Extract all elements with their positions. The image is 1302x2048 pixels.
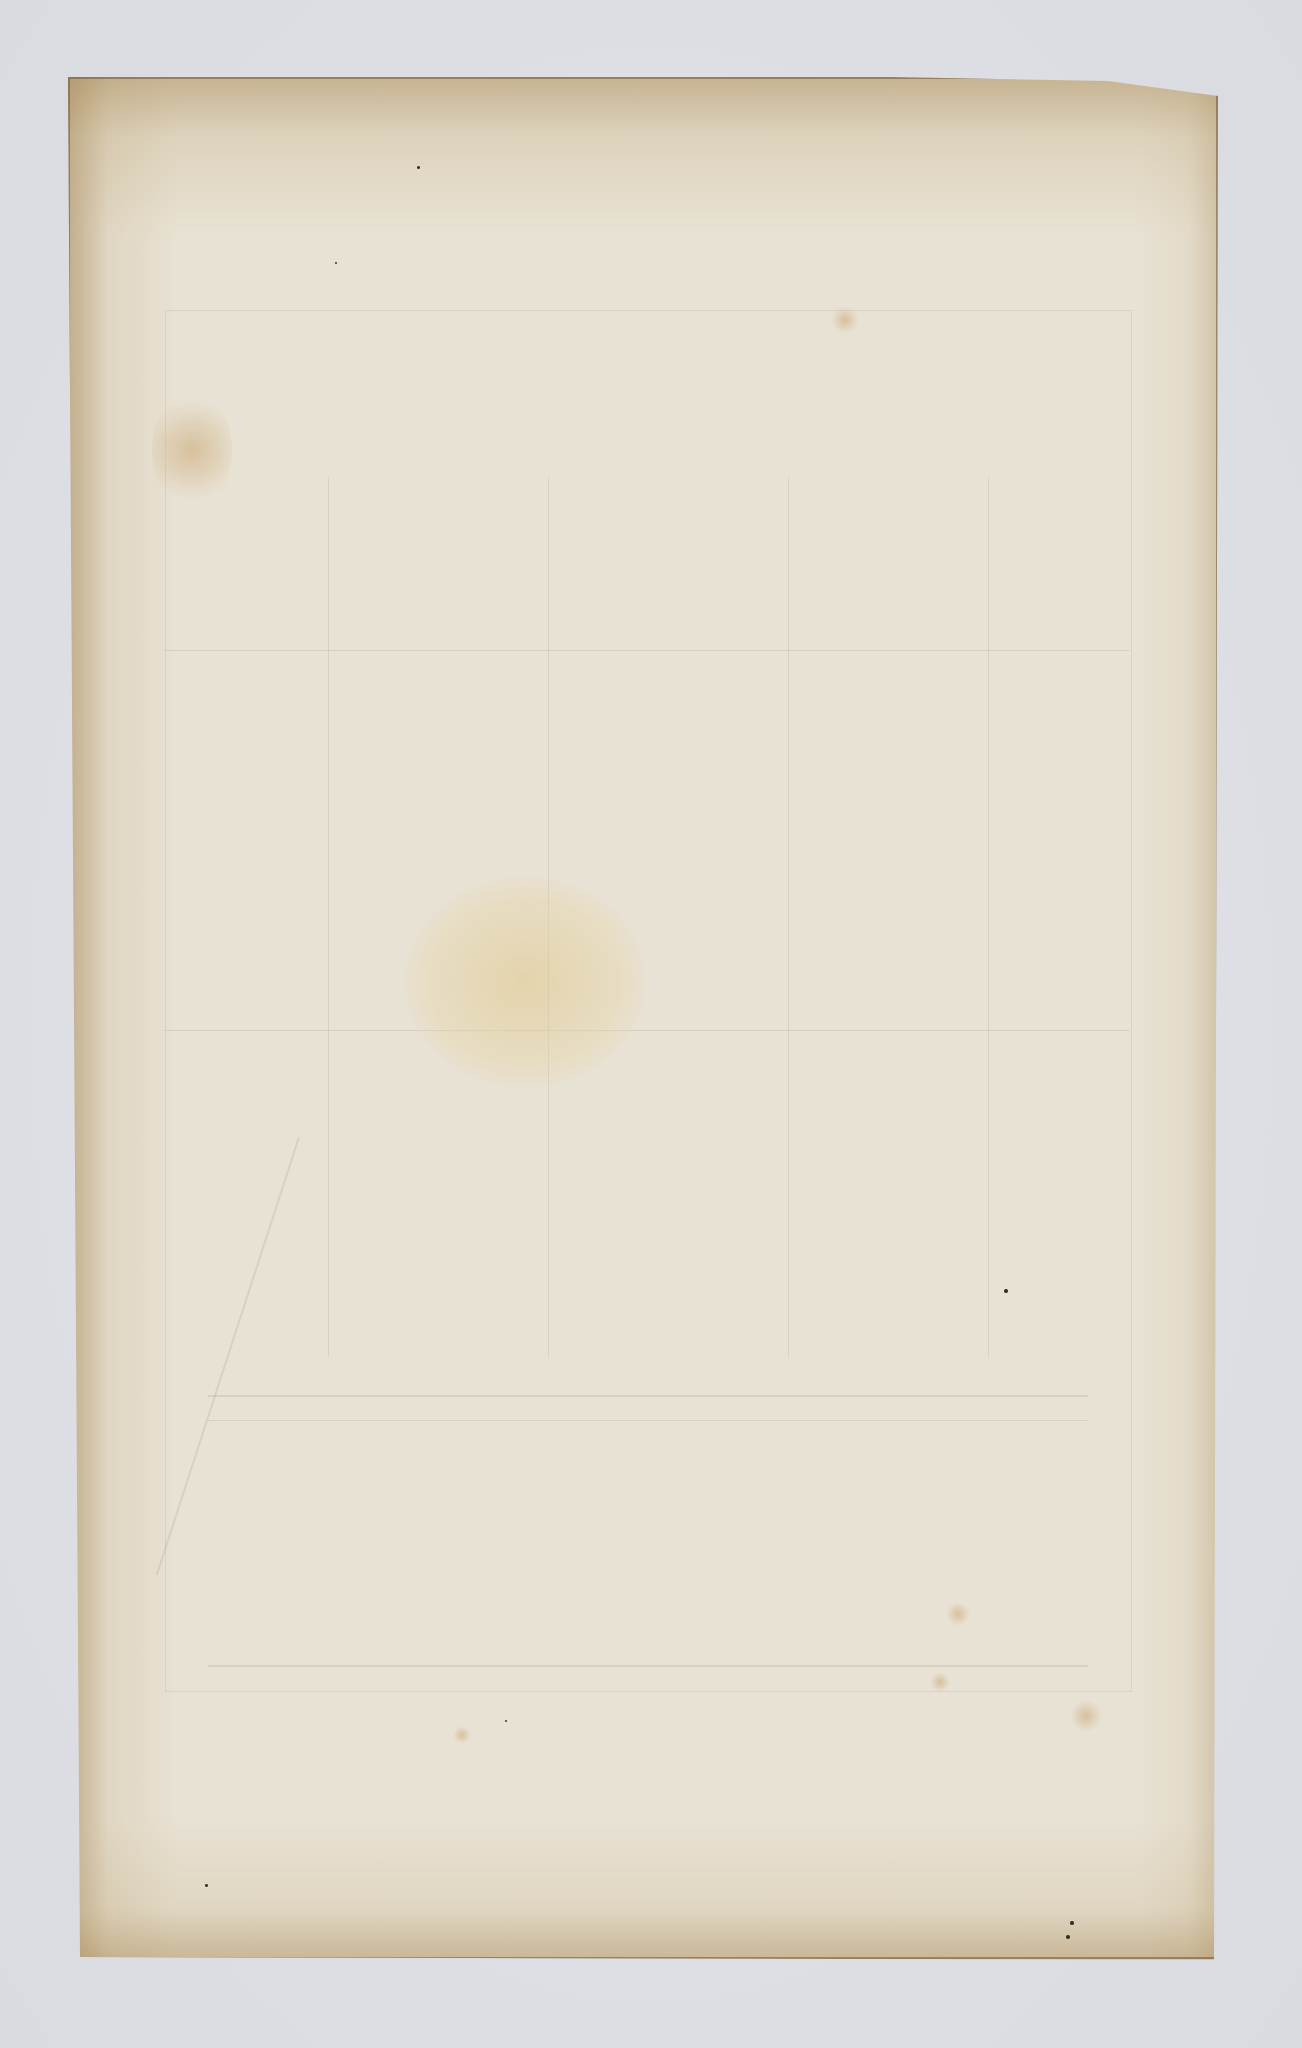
paper-sheet — [68, 77, 1218, 1959]
paper-edge — [68, 77, 1218, 1959]
